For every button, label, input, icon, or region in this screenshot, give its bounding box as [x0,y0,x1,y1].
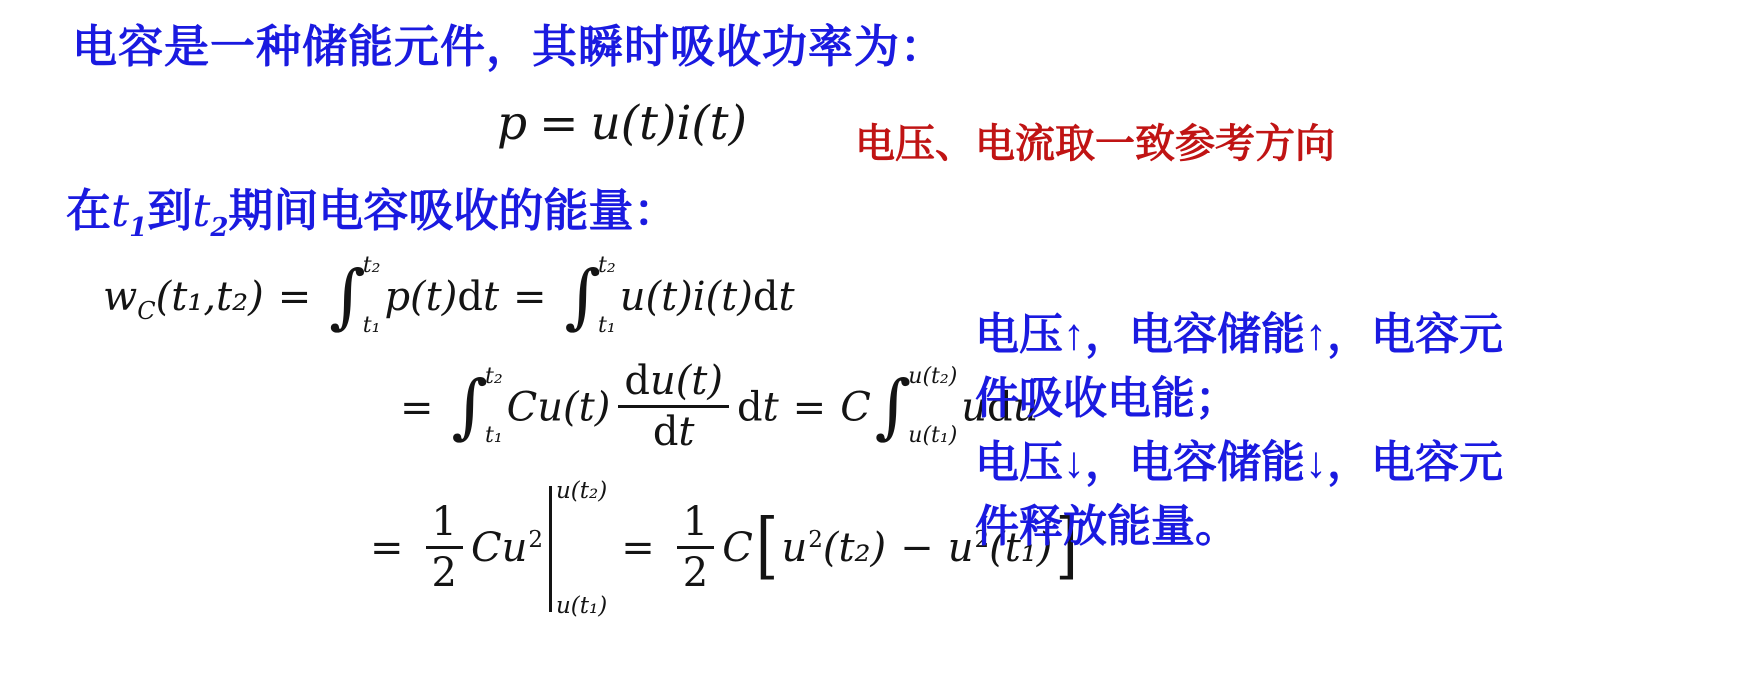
reference-direction-note: 电压、电流取一致参考方向 [855,112,1335,169]
integral-sign: ∫ [875,373,911,440]
t2-subscript: 2 [210,213,228,243]
differential-d: d [457,274,483,320]
energy-heading-mid: 到 [147,185,192,236]
integral-upper-limit: t₂ [363,254,381,278]
denominator-two: 2 [432,549,457,594]
equals-sign: = [793,385,827,431]
integral-t1-t2: ∫t₂t₁ [452,365,503,449]
minus-sign: − [900,525,934,571]
u-i-product: u(t)i(t) [620,274,753,320]
energy-heading-pre: 在 [66,185,111,236]
side-note: 电压↑，电容储能↑，电容元 件吸收电能； 电压↓，电容储能↓，电容元 件释放能量… [975,303,1503,559]
equals-sign: = [621,525,655,571]
differential-d: d [753,274,779,320]
C-u-squared: Cu [471,525,527,571]
integral-lower-limit: t₁ [598,314,616,338]
equals-sign: = [539,96,578,151]
evaluation-lower-limit: u(t₁) [556,594,607,619]
t-letter: t [111,184,129,237]
one-half-fraction: 12 [677,501,714,594]
w-symbol: w [103,274,137,320]
differential-d: d [624,358,650,404]
numerator-one: 1 [677,501,714,549]
C-u-of-t: Cu(t) [507,385,611,431]
t-variable: t [483,274,499,320]
w-subscript: C [137,297,155,325]
integral-sign: ∫ [329,263,365,330]
equals-sign: = [370,525,404,571]
power-formula-rhs: u(t)i(t) [590,96,746,151]
side-note-line-2: 件吸收电能； [975,367,1503,431]
t1-subscript: 1 [129,213,147,243]
integral-t1-t2: ∫t₂t₁ [565,254,616,338]
equals-sign: = [513,274,547,320]
integral-sign: ∫ [452,373,488,440]
differential-d: d [653,409,679,455]
derivative-fraction: du(t)dt [618,360,729,453]
energy-heading: 在t1到t2期间电容吸收的能量： [66,174,678,243]
integral-sign: ∫ [565,263,601,330]
t-letter: t [192,184,210,237]
t-variable: t [763,385,779,431]
integral-upper-limit: u(t₂) [908,365,957,389]
derivation-line-3: =12Cu2u(t₂)u(t₁)=12C[u2(t₂)−u2(t₁)] [356,481,1081,621]
side-note-line-3: 电压↓，电容储能↓，电容元 [975,431,1503,495]
denominator-two: 2 [683,549,708,594]
evaluation-upper-limit: u(t₂) [556,479,607,504]
energy-heading-post: 期间电容吸收的能量： [228,185,678,236]
equals-sign: = [400,385,434,431]
integral-upper-limit: t₂ [485,365,503,389]
differential-d: d [737,385,763,431]
u-variable: u [948,525,974,571]
t1-symbol: t1 [111,184,147,237]
one-half-fraction: 12 [426,501,463,594]
capacitance-symbol: C [840,385,871,431]
numerator-one: 1 [426,501,463,549]
w-arguments: (t₁,t₂) [156,274,264,320]
t2-symbol: t2 [192,184,228,237]
side-note-line-1: 电压↑，电容储能↑，电容元 [975,303,1503,367]
integral-lower-limit: u(t₁) [908,424,957,448]
power-formula-lhs: p [497,96,527,151]
integral-lower-limit: t₁ [485,424,503,448]
exponent-two: 2 [528,527,543,553]
power-formula: p=u(t)i(t) [497,96,747,151]
integral-t1-t2: ∫t₂t₁ [329,254,380,338]
capacitance-symbol: C [722,525,753,571]
integral-lower-limit: t₁ [363,314,381,338]
p-of-t: p(t) [384,274,457,320]
u-of-t: u(t) [650,358,723,404]
equals-sign: = [278,274,312,320]
slide-heading: 电容是一种储能元件，其瞬时吸收功率为： [72,10,946,75]
derivation-line-1: wC(t₁,t₂)=∫t₂t₁p(t)dt=∫t₂t₁u(t)i(t)dt [103,258,1081,342]
u-variable: u [781,525,807,571]
t-variable: t [678,409,694,455]
integral-u-limits: ∫u(t₂)u(t₁) [875,365,957,449]
argument-t2: (t₂) [823,525,886,571]
exponent-two: 2 [808,527,823,553]
evaluation-bar: u(t₂)u(t₁) [549,479,607,619]
vertical-bar [549,486,552,612]
energy-derivation: wC(t₁,t₂)=∫t₂t₁p(t)dt=∫t₂t₁u(t)i(t)dt =∫… [103,258,1081,621]
t-variable: t [778,274,794,320]
integral-upper-limit: t₂ [598,254,616,278]
left-bracket: [ [756,506,779,586]
side-note-line-4: 件释放能量。 [975,495,1503,559]
